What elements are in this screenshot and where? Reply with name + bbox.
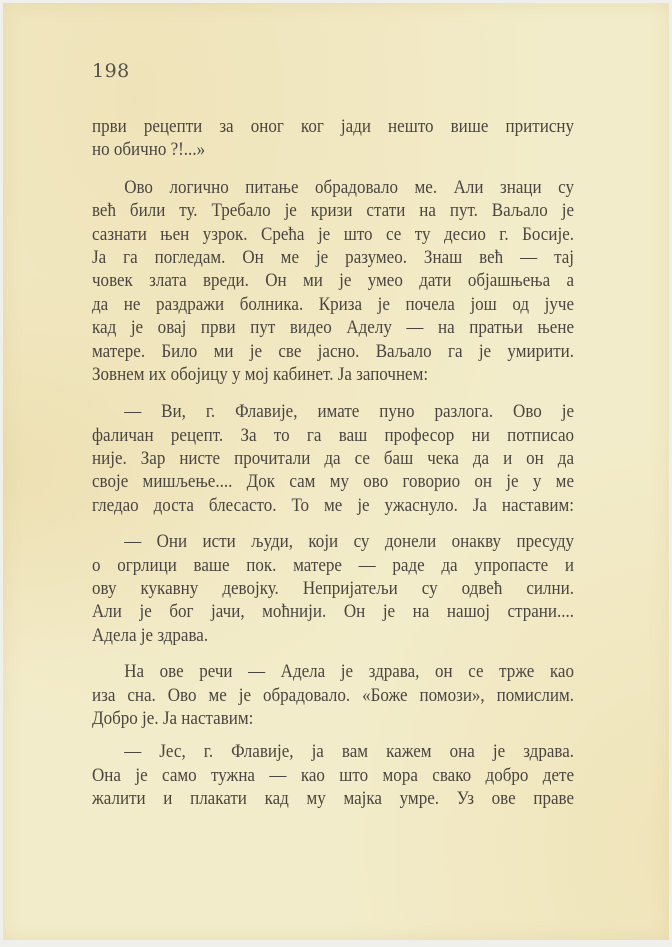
book-page: 198 први рецепти за оног ког јади нешто … (3, 3, 669, 940)
text-line: није. Зар нисте прочитали да се баш чека… (92, 448, 574, 471)
text-line: но обично ?!...» (92, 139, 574, 162)
text-line: већ били ту. Требало је кризи стати на п… (92, 200, 574, 223)
text-line: ову кукавну девојку. Непријатељи су одве… (92, 578, 574, 601)
text-line: Добро је. Ја наставим: (92, 708, 574, 731)
text-line: први рецепти за оног ког јади нешто више… (92, 116, 574, 139)
text-line: Зовнем их обојицу у мој кабинет. Ја запо… (92, 364, 574, 387)
text-line: Адела је здрава. (92, 625, 574, 648)
paragraph: Ово логично питање обрадовало ме. Али зн… (92, 177, 574, 388)
text-line: фаличан рецепт. За то га ваш професор ни… (92, 425, 574, 448)
text-line: Али је бог јачи, моћнији. Он је на нашој… (92, 601, 574, 624)
text-line: да не раздражи болника. Криза је почела … (92, 294, 574, 317)
text-line: човек злата вреди. Он ми је умео дати об… (92, 270, 574, 293)
paragraph: први рецепти за оног ког јади нешто више… (92, 116, 574, 163)
page-number: 198 (92, 60, 130, 82)
paragraph: — Ви, г. Флавије, имате пуно разлога. Ов… (92, 401, 574, 518)
text-line: Ово логично питање обрадовало ме. Али зн… (92, 177, 574, 200)
text-line: Она је само тужна — као што мора свако д… (92, 765, 574, 788)
paragraph: — Јес, г. Флавије, ја вам кажем она је з… (92, 741, 574, 811)
text-line: На ове речи — Адела је здрава, он се трж… (92, 661, 574, 684)
text-line: кад је овај први пут видео Аделу — на пр… (92, 317, 574, 340)
text-line: — Јес, г. Флавије, ја вам кажем она је з… (92, 741, 574, 764)
text-line: — Ви, г. Флавије, имате пуно разлога. Ов… (92, 401, 574, 424)
text-line: о огрлици ваше пок. матере — раде да упр… (92, 555, 574, 578)
body-text: први рецепти за оног ког јади нешто више… (92, 116, 574, 822)
text-line: жалити и плакати кад му мајка умре. Уз о… (92, 788, 574, 811)
text-line: гледао доста блесасто. То ме је ужаснуло… (92, 495, 574, 518)
paragraph: На ове речи — Адела је здрава, он се трж… (92, 661, 574, 731)
text-line: Ја га погледам. Он ме је разумео. Знаш в… (92, 247, 574, 270)
text-line: своје мишљење.... Док сам му ово говорио… (92, 471, 574, 494)
paragraph: — Они исти људи, који су донели онакву п… (92, 531, 574, 648)
text-line: матере. Било ми је све јасно. Ваљало га … (92, 341, 574, 364)
text-line: иза сна. Ово ме је обрадовало. «Боже пом… (92, 685, 574, 708)
text-line: — Они исти људи, који су донели онакву п… (92, 531, 574, 554)
text-line: сазнати њен узрок. Срећа је што се ту де… (92, 224, 574, 247)
